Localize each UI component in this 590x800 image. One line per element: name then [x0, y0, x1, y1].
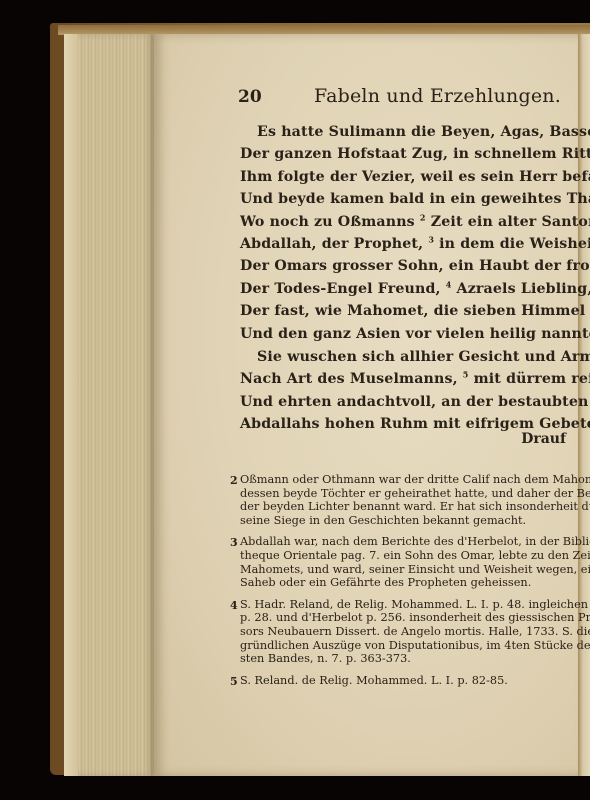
footnote-3: 3 Abdallah war, nach dem Berichte des d'… — [230, 535, 566, 589]
verse-line: Ihm folgte der Vezier, weil es sein Herr… — [240, 166, 590, 188]
verse-line: Der ganzen Hofstaat Zug, in schnellem Ri… — [240, 143, 590, 165]
verse-line: Der Omars grosser Sohn, ein Haubt der fr… — [240, 255, 590, 277]
page-stack-highlight — [64, 34, 78, 776]
footnote-2: 2 Oßmann oder Othmann war der dritte Cal… — [230, 473, 566, 527]
footnote-number: 3 — [230, 536, 238, 550]
page-number: 20 — [238, 87, 262, 107]
page-content: 20 Fabeln und Erzehlungen. Es hatte Suli… — [154, 34, 580, 776]
footnote-number: 4 — [230, 599, 238, 613]
verse-line: Wo noch zu Oßmanns 2 Zeit ein alter Sant… — [240, 211, 590, 233]
footnote-number: 5 — [230, 675, 238, 689]
verse-line: Und beyde kamen bald in ein geweihtes Th… — [240, 188, 590, 210]
stanza-1: Es hatte Sulimann die Beyen, Agas, Basse… — [240, 121, 590, 345]
footnote-number: 2 — [230, 474, 238, 488]
catchword: Drauf — [521, 431, 566, 447]
running-head: Fabeln und Erzehlungen. — [314, 85, 561, 107]
verse-line: Und ehrten andachtvoll, an der bestaubte… — [240, 391, 590, 413]
verse-line: Es hatte Sulimann die Beyen, Agas, Basse… — [240, 121, 590, 143]
verse-line: Der fast, wie Mahomet, die sieben Himmel… — [240, 300, 590, 322]
verse-line: Der Todes-Engel Freund, 4 Azraels Liebli… — [240, 278, 590, 300]
verse-line: Abdallah, der Prophet, 3 in dem die Weis… — [240, 233, 590, 255]
verse-line: Und den ganz Asien vor vielen heilig nan… — [240, 323, 590, 345]
verse-line: Sie wuschen sich allhier Gesicht und Arm… — [240, 346, 590, 368]
footnote-5: 5 S. Reland. de Relig. Mohammed. L. I. p… — [230, 674, 566, 688]
footnotes: 2 Oßmann oder Othmann war der dritte Cal… — [230, 473, 566, 695]
footnote-4: 4 S. Hadr. Reland, de Relig. Mohammed. L… — [230, 598, 566, 666]
stanza-2: Sie wuschen sich allhier Gesicht und Arm… — [240, 346, 590, 436]
verse-line: Nach Art des Muselmanns, 5 mit dürrem re… — [240, 368, 590, 390]
